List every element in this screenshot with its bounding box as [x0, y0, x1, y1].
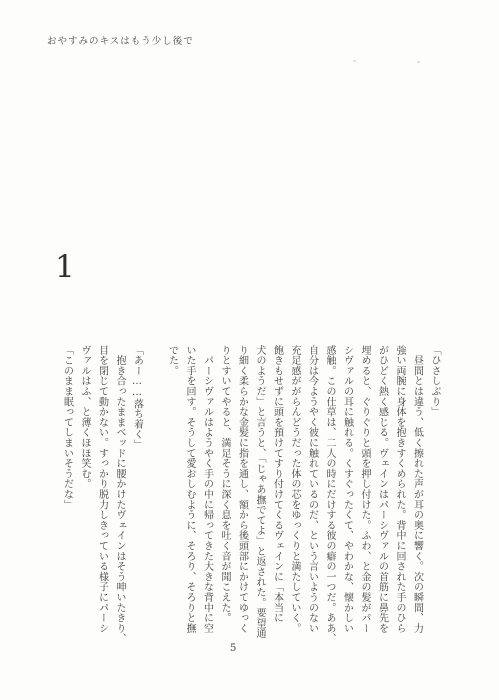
text-line: ヴァルはふ、と薄くほほ笑む。: [76, 345, 94, 645]
text-line: 埋めると、ぐりぐりと頭を押し付けた。ふわ、と金の髪がパー: [356, 345, 374, 645]
text-line: [146, 345, 164, 645]
text-line: 強い両腕に身体を抱きすくめられた。背中に回された手のひら: [391, 345, 409, 645]
scan-speck: [353, 60, 356, 62]
book-page: おやすみのキスはもう少し後で 1 「ひさしぶり」 昼間とは違う、低く擦れた声が耳…: [0, 0, 499, 700]
text-line: 「あー……落ち着く」: [128, 345, 146, 645]
text-line: 「このまま眠ってしまいそうだな」: [58, 345, 76, 645]
text-line: 昼間とは違う、低く擦れた声が耳の奥に響く。次の瞬間、力: [408, 345, 426, 645]
page-number: 5: [230, 643, 236, 654]
text-line: りとすいてやると、満足そうに深く息を吐く音が聞こえた。: [216, 345, 234, 645]
text-line: パーシヴァルはようやく手の中に帰ってきた大きな背中に空: [198, 345, 216, 645]
text-line: 飽きもせずに頭を預けてすり付けてくるヴェインに「本当に: [268, 345, 286, 645]
text-line: でた。: [163, 345, 181, 645]
text-line: 「ひさしぶり」: [426, 345, 444, 645]
scan-speck: [417, 61, 420, 63]
text-line: シヴァルの耳に触れる。くすぐったくて、やわかな、懐かしい: [338, 345, 356, 645]
text-line: り細く柔らかな金髪に指を通し、額から後頭部にかけてゆっく: [233, 345, 251, 645]
running-header-title: おやすみのキスはもう少し後で: [47, 33, 194, 47]
text-line: 目を閉じて動かない。すっかり脱力しきっている様子にパーシ: [93, 345, 111, 645]
text-line: がひどく熱く感じる。ヴェインはパーシヴァルの首筋に鼻先を: [373, 345, 391, 645]
text-line: 充足感ががらんどうだった体の芯をゆっくりと満たしていく。: [286, 345, 304, 645]
text-line: 抱き合ったままベッドに腰かけたヴェインはそう呻いたきり、: [111, 345, 129, 645]
text-line: 感触。この仕草は、二人の時にだけする彼の癖の一つだ。ああ、: [321, 345, 339, 645]
text-line: 自分は今ようやく彼に触れているのだ、という言いようのない: [303, 345, 321, 645]
text-line: いた手を回す。そうして愛おしむように、そろり、そろりと撫: [181, 345, 199, 645]
chapter-number: 1: [55, 252, 75, 283]
body-text-vertical: 「ひさしぶり」 昼間とは違う、低く擦れた声が耳の奥に響く。次の瞬間、力強い両腕に…: [58, 345, 443, 645]
text-line: 犬のようだ」と言うと、「じゃあ撫でてよ」と返された。要望通: [251, 345, 269, 645]
